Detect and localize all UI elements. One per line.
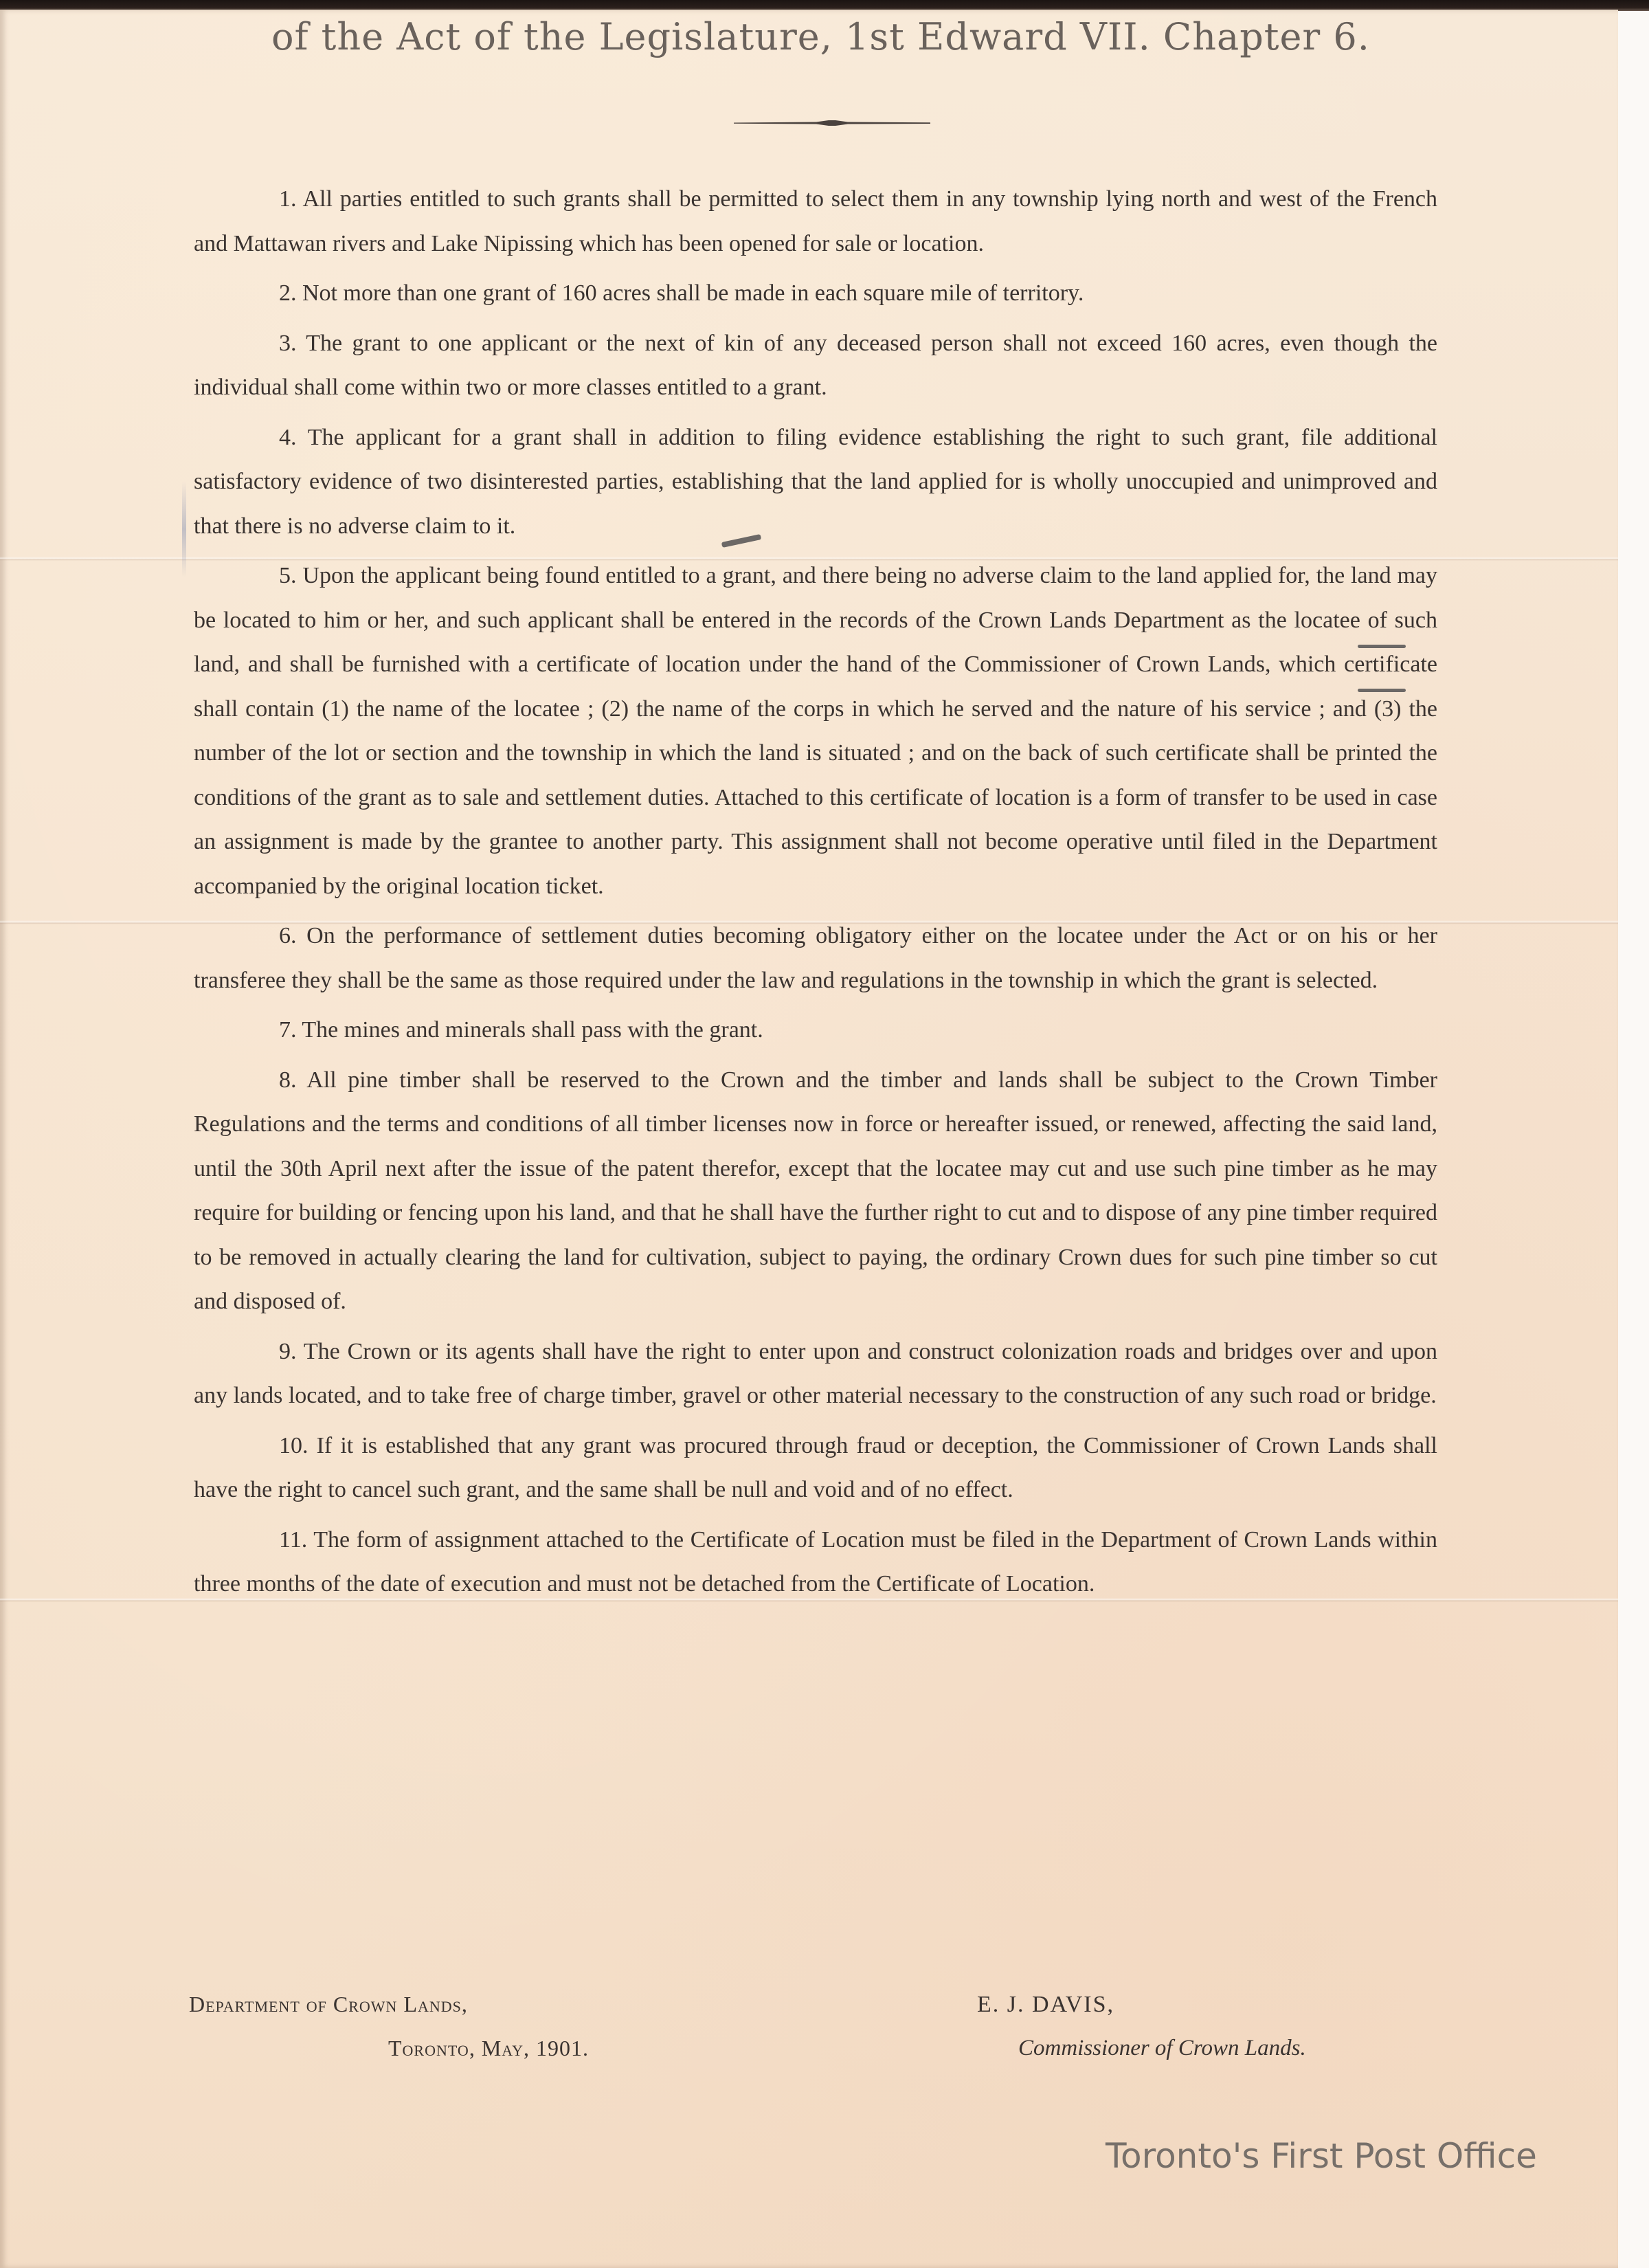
clause-9: 9. The Crown or its agents shall have th… xyxy=(194,1330,1437,1419)
ornament-divider-icon xyxy=(734,120,930,126)
clause-text: The mines and minerals shall pass with t… xyxy=(302,1017,763,1043)
document-heading: of the Act of the Legislature, 1st Edwar… xyxy=(271,15,1474,58)
clause-number: 6. xyxy=(279,923,297,948)
clause-1: 1. All parties entitled to such grants s… xyxy=(194,177,1437,266)
clause-text: Not more than one grant of 160 acres sha… xyxy=(302,280,1084,306)
clause-number: 8. xyxy=(279,1067,297,1093)
clause-3: 3. The grant to one applicant or the nex… xyxy=(194,322,1437,410)
clause-number: 5. xyxy=(279,563,297,588)
clause-5: 5. Upon the applicant being found entitl… xyxy=(194,554,1437,909)
clause-4: 4. The applicant for a grant shall in ad… xyxy=(194,416,1437,549)
clause-6: 6. On the performance of settlement duti… xyxy=(194,914,1437,1003)
clause-number: 9. xyxy=(279,1339,297,1364)
margin-pencil-mark xyxy=(182,481,186,577)
clause-text: On the performance of settlement duties … xyxy=(194,923,1437,993)
clause-number: 7. xyxy=(279,1017,297,1043)
clause-text: All parties entitled to such grants shal… xyxy=(194,186,1437,256)
scanned-page: of the Act of the Legislature, 1st Edwar… xyxy=(0,0,1649,2268)
clause-text: The applicant for a grant shall in addit… xyxy=(194,425,1437,539)
clause-text: If it is established that any grant was … xyxy=(194,1433,1437,1503)
clause-2: 2. Not more than one grant of 160 acres … xyxy=(194,271,1437,316)
clauses-body: 1. All parties entitled to such grants s… xyxy=(194,177,1437,1612)
clause-10: 10. If it is established that any grant … xyxy=(194,1424,1437,1513)
clause-number: 11. xyxy=(279,1527,307,1553)
clause-number: 1. xyxy=(279,186,297,212)
clause-8: 8. All pine timber shall be reserved to … xyxy=(194,1058,1437,1324)
watermark-text: Toronto's First Post Office xyxy=(1106,2136,1537,2176)
signature-department: Department of Crown Lands, xyxy=(189,1992,468,2017)
signature-place-date: Toronto, May, 1901. xyxy=(388,2036,589,2061)
clause-text: The form of assignment attached to the C… xyxy=(194,1527,1437,1597)
signatory-name: E. J. DAVIS, xyxy=(977,1992,1114,2018)
clause-text: The Crown or its agents shall have the r… xyxy=(194,1339,1437,1409)
clause-number: 2. xyxy=(279,280,297,306)
clause-text: Upon the applicant being found entitled … xyxy=(194,563,1437,899)
clause-number: 3. xyxy=(279,331,297,356)
clause-number: 4. xyxy=(279,425,297,450)
clause-text: All pine timber shall be reserved to the… xyxy=(194,1067,1437,1315)
signatory-title: Commissioner of Crown Lands. xyxy=(1018,2036,1306,2061)
clause-text: The grant to one applicant or the next o… xyxy=(194,331,1437,401)
clause-11: 11. The form of assignment attached to t… xyxy=(194,1518,1437,1607)
clause-number: 10. xyxy=(279,1433,309,1458)
clause-7: 7. The mines and minerals shall pass wit… xyxy=(194,1008,1437,1053)
